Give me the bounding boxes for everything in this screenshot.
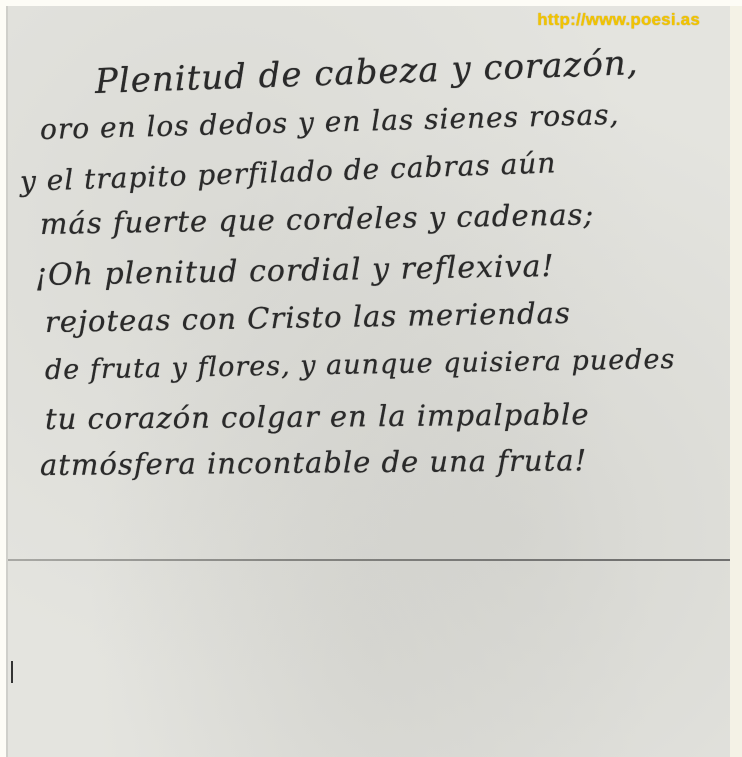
poem-line-4: más fuerte que cordeles y cadenas; bbox=[40, 197, 595, 241]
poem-line-2: oro en los dedos y en las sienes rosas, bbox=[40, 98, 620, 146]
poem-line-5: ¡Oh plenitud cordial y reflexiva! bbox=[35, 249, 555, 293]
poem-line-6: rejoteas con Cristo las meriendas bbox=[45, 296, 571, 339]
poem-line-7: de fruta y flores, y aunque quisiera pue… bbox=[45, 344, 676, 386]
handwritten-poem: Plenitud de cabeza y corazón, oro en los… bbox=[0, 0, 742, 757]
poem-line-9: atmósfera incontable de una fruta! bbox=[40, 443, 588, 482]
poem-line-1: Plenitud de cabeza y corazón, bbox=[94, 43, 639, 102]
poem-line-3: y el trapito perfilado de cabras aún bbox=[19, 146, 557, 198]
poem-line-8: tu corazón colgar en la impalpable bbox=[45, 397, 590, 436]
